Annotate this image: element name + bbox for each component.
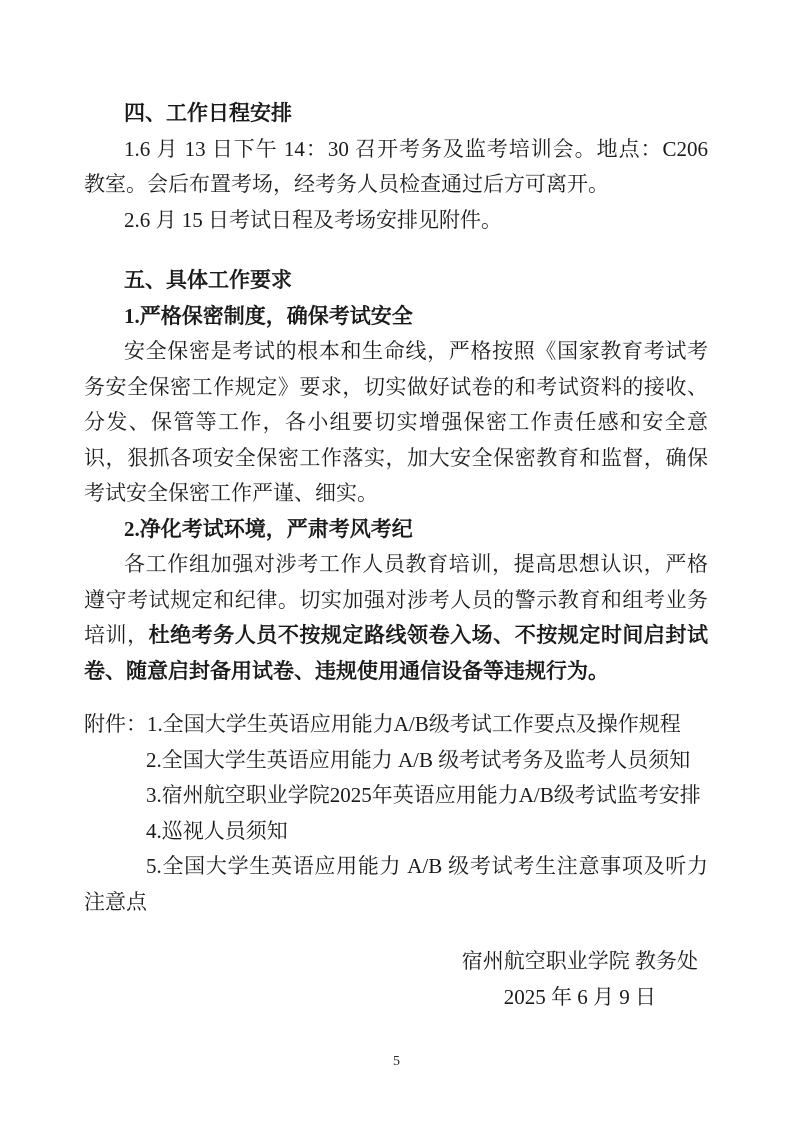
attachment-item: 3.宿州航空职业学院2025年英语应用能力A/B级考试监考安排 <box>84 778 708 814</box>
attachment-item: 5.全国大学生英语应用能力 A/B 级考试考生注意事项及听力注意点 <box>84 849 708 920</box>
section5-sub1-paragraph: 安全保密是考试的根本和生命线，严格按照《国家教育考试考务安全保密工作规定》要求，… <box>84 334 708 512</box>
sub2-text-bold: 杜绝考务人员不按规定路线领卷入场、不按规定时间启封试卷、随意启封备用试卷、违规使… <box>84 623 708 683</box>
signature-block: 宿州航空职业学院 教务处 2025 年 6 月 9 日 <box>462 944 698 1015</box>
document-body: 四、工作日程安排 1.6 月 13 日下午 14：30 召开考务及监考培训会。地… <box>84 96 708 1015</box>
section5-sub1-heading: 1.严格保密制度，确保考试安全 <box>84 299 708 335</box>
page-number: 5 <box>0 1052 793 1072</box>
signature-date: 2025 年 6 月 9 日 <box>462 980 698 1016</box>
attachment-item-1: 1.全国大学生英语应用能力A/B级考试工作要点及操作规程 <box>147 712 681 736</box>
attachments-label: 附件： <box>84 712 147 736</box>
signature-organization: 宿州航空职业学院 教务处 <box>462 944 698 980</box>
section4-paragraph-2: 2.6 月 15 日考试日程及考场安排见附件。 <box>84 203 708 239</box>
section4-heading: 四、工作日程安排 <box>84 96 708 132</box>
section4-paragraph-1: 1.6 月 13 日下午 14：30 召开考务及监考培训会。地点：C206 教室… <box>84 132 708 203</box>
section5-heading: 五、具体工作要求 <box>84 263 708 299</box>
attachment-item: 4.巡视人员须知 <box>84 814 708 850</box>
section5-sub2-heading: 2.净化考试环境，严肃考风考纪 <box>84 512 708 548</box>
attachment-item: 2.全国大学生英语应用能力 A/B 级考试考务及监考人员须知 <box>84 743 708 779</box>
section5-sub2-paragraph: 各工作组加强对涉考工作人员教育培训，提高思想认识，严格遵守考试规定和纪律。切实加… <box>84 547 708 689</box>
attachment-list: 附件：1.全国大学生英语应用能力A/B级考试工作要点及操作规程 2.全国大学生英… <box>84 707 708 920</box>
attachment-item: 附件：1.全国大学生英语应用能力A/B级考试工作要点及操作规程 <box>84 707 708 743</box>
document-page: 四、工作日程安排 1.6 月 13 日下午 14：30 召开考务及监考培训会。地… <box>0 0 793 1122</box>
